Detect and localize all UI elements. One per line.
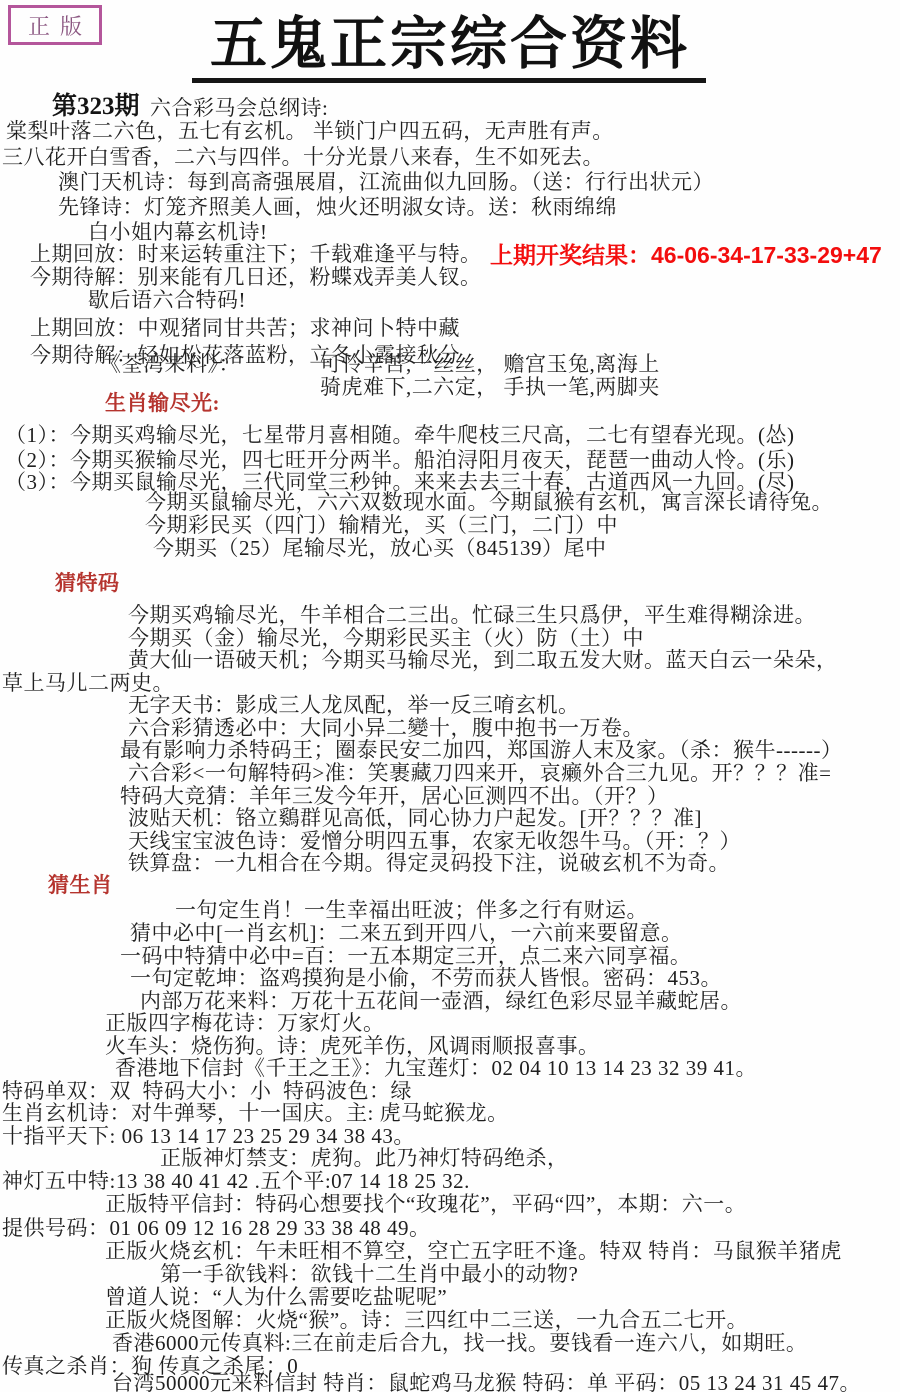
doc-line: 提供号码：01 06 09 12 16 28 29 33 38 48 49。 bbox=[2, 1217, 431, 1239]
doc-line: 正版火烧玄机：午未旺相不算空，空亡五字旺不逢。特双 特肖：马鼠猴羊猪虎 bbox=[105, 1240, 842, 1262]
doc-line: 《荃湾来料》： bbox=[100, 353, 240, 375]
doc-line: 一码中特猜中必中=百：一五本期定三开，点二来六同享福。 bbox=[120, 945, 691, 967]
doc-line: 香港6000元传真料:三在前走后合九，找一找。要钱看一连六八，如期旺。 bbox=[112, 1332, 807, 1354]
doc-line: 骑虎难下,二六定， 手执一笔,两脚夹 bbox=[320, 376, 660, 398]
doc-line: 歇后语六合特码! bbox=[88, 289, 246, 311]
doc-line: 生肖玄机诗：对牛弹琴，十一国庆。主: 虎马蛇猴龙。 bbox=[2, 1102, 509, 1124]
doc-line: 铁算盘：一九相合在今期。得定灵码投下注，说破玄机不为奇。 bbox=[128, 852, 730, 874]
doc-line: 棠梨叶落二六色，五七有玄机。 半锁门户四五码，无声胜有声。 bbox=[6, 120, 614, 142]
doc-line: 六合彩马会总纲诗: bbox=[150, 97, 328, 119]
section-heading: 猜生肖 bbox=[48, 874, 113, 896]
doc-line: 今期买鼠输尽光，六六双数现水面。今期鼠猴有玄机，寓言深长请待兔。 bbox=[145, 491, 833, 513]
doc-line: 正版火烧图解：火烧“猴”。诗：三四红中二三送，一九合五二七开。 bbox=[105, 1309, 748, 1331]
last-draw-result: 上期开奖结果：46-06-34-17-33-29+47 bbox=[490, 237, 882, 270]
page-title: 五鬼正宗综合资料 bbox=[210, 14, 690, 76]
doc-line: 无字天书：影成三人龙凤配，举一反三唷玄机。 bbox=[128, 694, 580, 716]
doc-line: 六合彩猜透必中：大同小异二變十，腹中抱书一万卷。 bbox=[128, 717, 644, 739]
last-draw-result-numbers: 46-06-34-17-33-29+47 bbox=[651, 242, 882, 268]
doc-line: 波贴天机：铬立鷄群见高低，同心协力户起发。[开？？？准] bbox=[128, 807, 702, 829]
doc-line: 一句定乾坤：盗鸡摸狗是小偷，不劳而获人皆恨。密码：453。 bbox=[130, 967, 722, 989]
doc-line: 先锋诗：灯笼齐照美人画，烛火还明淑女诗。送：秋雨绵绵 bbox=[58, 196, 617, 218]
doc-line: 今期买（25）尾输尽光，放心买（845139）尾中 bbox=[153, 537, 607, 559]
doc-line: 白小姐内幕玄机诗! bbox=[88, 221, 268, 243]
doc-line: 澳门天机诗：每到高斋强展眉，江流曲似九回肠。（送：行行出状元） bbox=[58, 171, 714, 193]
doc-line: 草上马儿二两史。 bbox=[2, 672, 174, 694]
doc-line: 台湾50000元来料信封 特肖：鼠蛇鸡马龙猴 特码：单 平码：05 13 24 … bbox=[112, 1372, 861, 1392]
doc-line: 特码单双：双 特码大小：小 特码波色：绿 bbox=[2, 1080, 412, 1102]
doc-line: 黄大仙一语破天机；今期买马输尽光，到二取五发大财。蓝天白云一朵朵， bbox=[128, 649, 838, 671]
doc-line: 神灯五中特:13 38 40 41 42 .五个平:07 14 18 25 32… bbox=[2, 1170, 470, 1192]
doc-line: 今期买鸡输尽光，牛羊相合二三出。忙碌三生只爲伊，平生难得糊涂进。 bbox=[128, 604, 816, 626]
doc-line: 猜中必中[一肖玄机]：二来五到开四八，一六前来要留意。 bbox=[130, 922, 682, 944]
issue-number: 第323期 bbox=[52, 86, 140, 122]
title-underline: 五鬼正宗综合资料 bbox=[192, 14, 706, 83]
doc-line: 最有影响力杀特码王；圈泰民安二加四，郑国游人末及家。（杀：猴牛------） bbox=[120, 739, 842, 761]
doc-line: 正版四字梅花诗：万家灯火。 bbox=[105, 1012, 385, 1034]
doc-line: 曾道人说：“人为什么需要吃盐呢呢” bbox=[105, 1286, 447, 1308]
doc-line: 可怜辛苦,一丝丝， 赡宫玉兔,离海上 bbox=[320, 353, 660, 375]
last-draw-result-label: 上期开奖结果： bbox=[490, 242, 651, 268]
doc-line: 正版特平信封：特码心想要找个“玫瑰花”，平码“四”，本期：六一。 bbox=[105, 1193, 746, 1215]
doc-line: 上期回放：时来运转重注下；千载难逢平与特。 bbox=[30, 243, 482, 265]
doc-line: 内部万花来料：万花十五花间一壶酒，绿红色彩尽显羊藏蛇居。 bbox=[140, 990, 742, 1012]
doc-line: 正版神灯禁支：虎狗。此乃神灯特码绝杀， bbox=[160, 1147, 569, 1169]
doc-line: 上期回放：中观猪同甘共苦；求神问卜特中藏 bbox=[30, 317, 460, 339]
doc-line: 天线宝宝波色诗：爱憎分明四五事，农家无收怨牛马。（开：？） bbox=[128, 830, 741, 852]
doc-line: （1）：今期买鸡输尽光，七星带月喜相随。牵牛爬枝三尺高，二七有望春光现。(怂) bbox=[5, 424, 794, 446]
doc-line: 第一手欲钱料：欲钱十二生肖中最小的动物? bbox=[160, 1263, 578, 1285]
doc-line: 今期买（金）输尽光，今期彩民买主（火）防（土）中 bbox=[128, 627, 644, 649]
doc-line: 三八花开白雪香，二六与四伴。十分光景八来春，生不如死去。 bbox=[2, 146, 604, 168]
section-heading: 猜特码 bbox=[55, 572, 120, 594]
doc-line: 六合彩<一句解特码>准：笑裹藏刀四来开，哀癞外合三九见。开？？？准= bbox=[128, 762, 832, 784]
doc-line: 今期彩民买（四门）输精光，买（三门，二门）中 bbox=[145, 514, 618, 536]
doc-line: 十指平天下: 06 13 14 17 23 25 29 34 38 43。 bbox=[2, 1125, 415, 1147]
doc-line: 火车头：烧伤狗。诗：虎死羊伤，风调雨顺报喜事。 bbox=[105, 1035, 600, 1057]
genuine-badge: 正版 bbox=[8, 5, 102, 45]
doc-line: 一句定生肖！一生幸福出旺波；伴多之行有财运。 bbox=[175, 899, 648, 921]
doc-line: 特码大竞猜：羊年三发今年开，居心叵测四不出。（开？） bbox=[120, 785, 669, 807]
doc-line: （2）：今期买猴输尽光，四七旺开分两半。船泊浔阳月夜天，琵琶一曲动人怜。(乐) bbox=[5, 449, 794, 471]
section-heading: 生肖输尽光: bbox=[105, 392, 220, 414]
doc-line: 香港地下信封《千王之王》：九宝莲灯：02 04 10 13 14 23 32 3… bbox=[115, 1057, 757, 1079]
scanned-lottery-sheet: 正版 五鬼正宗综合资料 第323期 上期开奖结果：46-06-34-17-33-… bbox=[0, 0, 900, 1392]
doc-line: 今期待解：别来能有几日还，粉蝶戏弄美人钗。 bbox=[30, 266, 482, 288]
